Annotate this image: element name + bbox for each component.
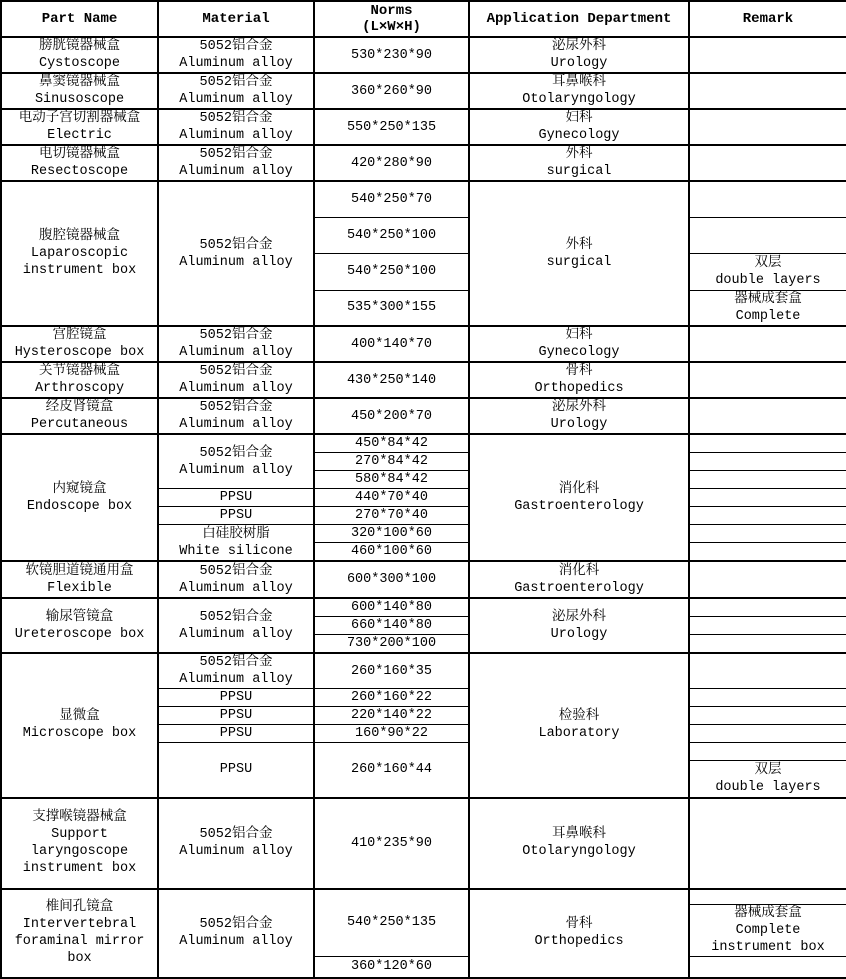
- norm-cell: 450*200*70: [314, 398, 469, 434]
- col-header-application-department: Application Department: [469, 1, 689, 37]
- department-cell: 检验科 Laboratory: [469, 653, 689, 798]
- norm-cell: 450*84*42: [314, 434, 469, 453]
- remark-cell: [689, 598, 846, 617]
- norm-cell: 530*230*90: [314, 37, 469, 73]
- remark-cell: [689, 653, 846, 689]
- part-cell: 椎间孔镜盒 Intervertebral foraminal mirror bo…: [1, 889, 158, 978]
- spec-table: Part Name Material Norms (L×W×H) Applica…: [0, 0, 846, 979]
- part-cell: 膀胱镜器械盒 Cystoscope: [1, 37, 158, 73]
- remark-cell: [689, 217, 846, 253]
- remark-cell: 器械成套盒 Complete: [689, 290, 846, 326]
- part-cell: 支撑喉镜器械盒 Support laryngoscope instrument …: [1, 798, 158, 889]
- material-cell: 5052铝合金 Aluminum alloy: [158, 37, 314, 73]
- norm-cell: 260*160*22: [314, 689, 469, 707]
- material-cell: 5052铝合金 Aluminum alloy: [158, 109, 314, 145]
- material-cell: 5052铝合金 Aluminum alloy: [158, 398, 314, 434]
- material-cell: PPSU: [158, 689, 314, 707]
- department-cell: 消化科 Gastroenterology: [469, 561, 689, 598]
- remark-cell: [689, 543, 846, 562]
- part-cell: 鼻窦镜器械盒 Sinusoscope: [1, 73, 158, 109]
- remark-cell: [689, 743, 846, 761]
- material-cell: 5052铝合金 Aluminum alloy: [158, 434, 314, 489]
- remark-cell: [689, 798, 846, 889]
- norm-cell: 540*250*70: [314, 181, 469, 217]
- norm-cell: 410*235*90: [314, 798, 469, 889]
- part-cell: 电动子宫切割器械盒 Electric: [1, 109, 158, 145]
- part-cell: 电切镜器械盒 Resectoscope: [1, 145, 158, 181]
- remark-cell: 双层 double layers: [689, 253, 846, 290]
- norm-cell: 420*280*90: [314, 145, 469, 181]
- remark-cell: [689, 617, 846, 635]
- norm-cell: 540*250*135: [314, 889, 469, 957]
- remark-cell: [689, 707, 846, 725]
- remark-cell: [689, 635, 846, 654]
- norm-cell: 320*100*60: [314, 525, 469, 543]
- norm-cell: 730*200*100: [314, 635, 469, 654]
- norm-cell: 260*160*44: [314, 743, 469, 798]
- department-cell: 妇科 Gynecology: [469, 109, 689, 145]
- material-cell: 白硅胶树脂 White silicone: [158, 525, 314, 562]
- norm-cell: 550*250*135: [314, 109, 469, 145]
- material-cell: PPSU: [158, 743, 314, 798]
- remark-cell: [689, 471, 846, 489]
- remark-cell: [689, 37, 846, 73]
- remark-cell: [689, 957, 846, 978]
- remark-cell: [689, 453, 846, 471]
- department-cell: 外科 surgical: [469, 145, 689, 181]
- remark-cell: [689, 689, 846, 707]
- material-cell: 5052铝合金 Aluminum alloy: [158, 653, 314, 689]
- remark-cell: [689, 889, 846, 905]
- norm-cell: 580*84*42: [314, 471, 469, 489]
- norm-cell: 430*250*140: [314, 362, 469, 398]
- remark-cell: [689, 489, 846, 507]
- part-cell: 显微盒 Microscope box: [1, 653, 158, 798]
- material-cell: PPSU: [158, 725, 314, 743]
- material-cell: 5052铝合金 Aluminum alloy: [158, 181, 314, 326]
- department-cell: 外科 surgical: [469, 181, 689, 326]
- norm-cell: 535*300*155: [314, 290, 469, 326]
- material-cell: 5052铝合金 Aluminum alloy: [158, 561, 314, 598]
- remark-cell: 双层 double layers: [689, 761, 846, 798]
- material-cell: 5052铝合金 Aluminum alloy: [158, 362, 314, 398]
- norm-cell: 360*120*60: [314, 957, 469, 978]
- norm-cell: 400*140*70: [314, 326, 469, 362]
- remark-cell: [689, 362, 846, 398]
- col-header-norms: Norms (L×W×H): [314, 1, 469, 37]
- remark-cell: [689, 725, 846, 743]
- norm-cell: 660*140*80: [314, 617, 469, 635]
- remark-cell: 器械成套盒 Complete instrument box: [689, 905, 846, 957]
- part-cell: 宫腔镜盒 Hysteroscope box: [1, 326, 158, 362]
- norm-cell: 260*160*35: [314, 653, 469, 689]
- norm-cell: 600*300*100: [314, 561, 469, 598]
- remark-cell: [689, 561, 846, 598]
- remark-cell: [689, 145, 846, 181]
- department-cell: 消化科 Gastroenterology: [469, 434, 689, 561]
- norm-cell: 600*140*80: [314, 598, 469, 617]
- col-header-material: Material: [158, 1, 314, 37]
- norm-cell: 540*250*100: [314, 217, 469, 253]
- norm-cell: 220*140*22: [314, 707, 469, 725]
- col-header-remark: Remark: [689, 1, 846, 37]
- part-cell: 软镜胆道镜通用盒 Flexible: [1, 561, 158, 598]
- material-cell: 5052铝合金 Aluminum alloy: [158, 598, 314, 653]
- part-cell: 经皮肾镜盒 Percutaneous: [1, 398, 158, 434]
- col-header-part-name: Part Name: [1, 1, 158, 37]
- department-cell: 耳鼻喉科 Otolaryngology: [469, 798, 689, 889]
- material-cell: 5052铝合金 Aluminum alloy: [158, 798, 314, 889]
- department-cell: 骨科 Orthopedics: [469, 362, 689, 398]
- material-cell: 5052铝合金 Aluminum alloy: [158, 73, 314, 109]
- remark-cell: [689, 73, 846, 109]
- norm-cell: 440*70*40: [314, 489, 469, 507]
- department-cell: 妇科 Gynecology: [469, 326, 689, 362]
- remark-cell: [689, 434, 846, 453]
- department-cell: 泌尿外科 Urology: [469, 598, 689, 653]
- material-cell: PPSU: [158, 489, 314, 507]
- material-cell: PPSU: [158, 707, 314, 725]
- norm-cell: 540*250*100: [314, 253, 469, 290]
- department-cell: 泌尿外科 Urology: [469, 37, 689, 73]
- part-cell: 输尿管镜盒 Ureteroscope box: [1, 598, 158, 653]
- department-cell: 骨科 Orthopedics: [469, 889, 689, 978]
- remark-cell: [689, 525, 846, 543]
- remark-cell: [689, 326, 846, 362]
- remark-cell: [689, 181, 846, 217]
- material-cell: PPSU: [158, 507, 314, 525]
- material-cell: 5052铝合金 Aluminum alloy: [158, 326, 314, 362]
- department-cell: 泌尿外科 Urology: [469, 398, 689, 434]
- norm-cell: 270*84*42: [314, 453, 469, 471]
- remark-cell: [689, 109, 846, 145]
- part-cell: 关节镜器械盒 Arthroscopy: [1, 362, 158, 398]
- remark-cell: [689, 507, 846, 525]
- material-cell: 5052铝合金 Aluminum alloy: [158, 145, 314, 181]
- department-cell: 耳鼻喉科 Otolaryngology: [469, 73, 689, 109]
- remark-cell: [689, 398, 846, 434]
- norm-cell: 360*260*90: [314, 73, 469, 109]
- norm-cell: 270*70*40: [314, 507, 469, 525]
- norm-cell: 460*100*60: [314, 543, 469, 562]
- material-cell: 5052铝合金 Aluminum alloy: [158, 889, 314, 978]
- norm-cell: 160*90*22: [314, 725, 469, 743]
- part-cell: 腹腔镜器械盒 Laparoscopic instrument box: [1, 181, 158, 326]
- part-cell: 内窥镜盒 Endoscope box: [1, 434, 158, 561]
